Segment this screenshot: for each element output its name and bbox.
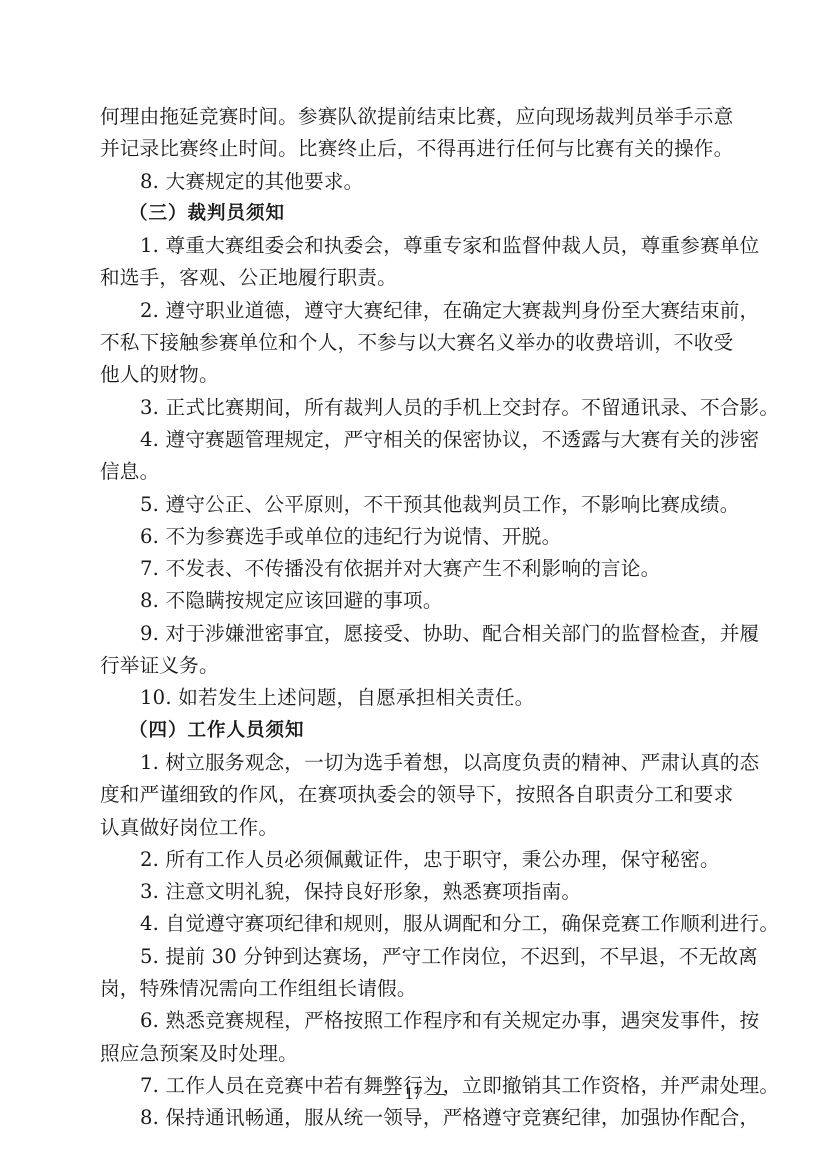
list-item-line: 5. 提前 30 分钟到达赛场，严守工作岗位，不迟到，不早退，不无故离 bbox=[100, 941, 728, 973]
list-item-line: 8. 保持通讯畅通，服从统一领导，严格遵守竞赛纪律，加强协作配合， bbox=[100, 1102, 728, 1134]
list-item-line: 4. 自觉遵守赛项纪律和规则，服从调配和分工，确保竞赛工作顺利进行。 bbox=[100, 908, 728, 940]
list-item-line: 7. 不发表、不传播没有依据并对大赛产生不利影响的言论。 bbox=[100, 553, 728, 585]
list-item-line: 6. 熟悉竞赛规程，严格按照工作程序和有关规定办事，遇突发事件，按 bbox=[100, 1005, 728, 1037]
list-item-line: 5. 遵守公正、公平原则，不干预其他裁判员工作，不影响比赛成绩。 bbox=[100, 489, 728, 521]
section-heading: （四）工作人员须知 bbox=[100, 715, 728, 747]
list-item-line: 2. 遵守职业道德，遵守大赛纪律，在确定大赛裁判身份至大赛结束前， bbox=[100, 295, 728, 327]
list-item-line: 10. 如若发生上述问题，自愿承担相关责任。 bbox=[100, 682, 728, 714]
list-item-line: 3. 正式比赛期间，所有裁判人员的手机上交封存。不留通讯录、不合影。 bbox=[100, 392, 728, 424]
list-item-line: 2. 所有工作人员必须佩戴证件，忠于职守，秉公办理，保守秘密。 bbox=[100, 844, 728, 876]
list-item-line: 4. 遵守赛题管理规定，严守相关的保密协议，不透露与大赛有关的涉密 bbox=[100, 424, 728, 456]
continuation-line: 和选手，客观、公正地履行职责。 bbox=[100, 262, 728, 294]
continuation-line: 认真做好岗位工作。 bbox=[100, 812, 728, 844]
list-item-line: 6. 不为参赛选手或单位的违纪行为说情、开脱。 bbox=[100, 521, 728, 553]
list-item-line: 9. 对于涉嫌泄密事宜，愿接受、协助、配合相关部门的监督检查，并履 bbox=[100, 618, 728, 650]
continuation-line: 行举证义务。 bbox=[100, 650, 728, 682]
continuation-line: 不私下接触参赛单位和个人，不参与以大赛名义举办的收费培训，不收受 bbox=[100, 327, 728, 359]
continuation-line: 岗，特殊情况需向工作组组长请假。 bbox=[100, 973, 728, 1005]
continuation-line: 照应急预案及时处理。 bbox=[100, 1038, 728, 1070]
section-heading: （三）裁判员须知 bbox=[100, 198, 728, 230]
continuation-line: 度和严谨细致的作风，在赛项执委会的领导下，按照各自职责分工和要求 bbox=[100, 779, 728, 811]
continuation-line: 并记录比赛终止时间。比赛终止后，不得再进行任何与比赛有关的操作。 bbox=[100, 133, 728, 165]
list-item-line: 8. 不隐瞒按规定应该回避的事项。 bbox=[100, 585, 728, 617]
continuation-line: 他人的财物。 bbox=[100, 359, 728, 391]
document-body: 何理由拖延竞赛时间。参赛队欲提前结束比赛，应向现场裁判员举手示意并记录比赛终止时… bbox=[100, 101, 728, 1135]
list-item-line: 3. 注意文明礼貌，保持良好形象，熟悉赛项指南。 bbox=[100, 876, 728, 908]
continuation-line: 何理由拖延竞赛时间。参赛队欲提前结束比赛，应向现场裁判员举手示意 bbox=[100, 101, 728, 133]
continuation-line: 信息。 bbox=[100, 456, 728, 488]
page-number: — 17 — bbox=[0, 1083, 827, 1104]
list-item-line: 1. 尊重大赛组委会和执委会，尊重专家和监督仲裁人员，尊重参赛单位 bbox=[100, 230, 728, 262]
list-item-line: 1. 树立服务观念，一切为选手着想，以高度负责的精神、严肃认真的态 bbox=[100, 747, 728, 779]
list-item-line: 8. 大赛规定的其他要求。 bbox=[100, 166, 728, 198]
